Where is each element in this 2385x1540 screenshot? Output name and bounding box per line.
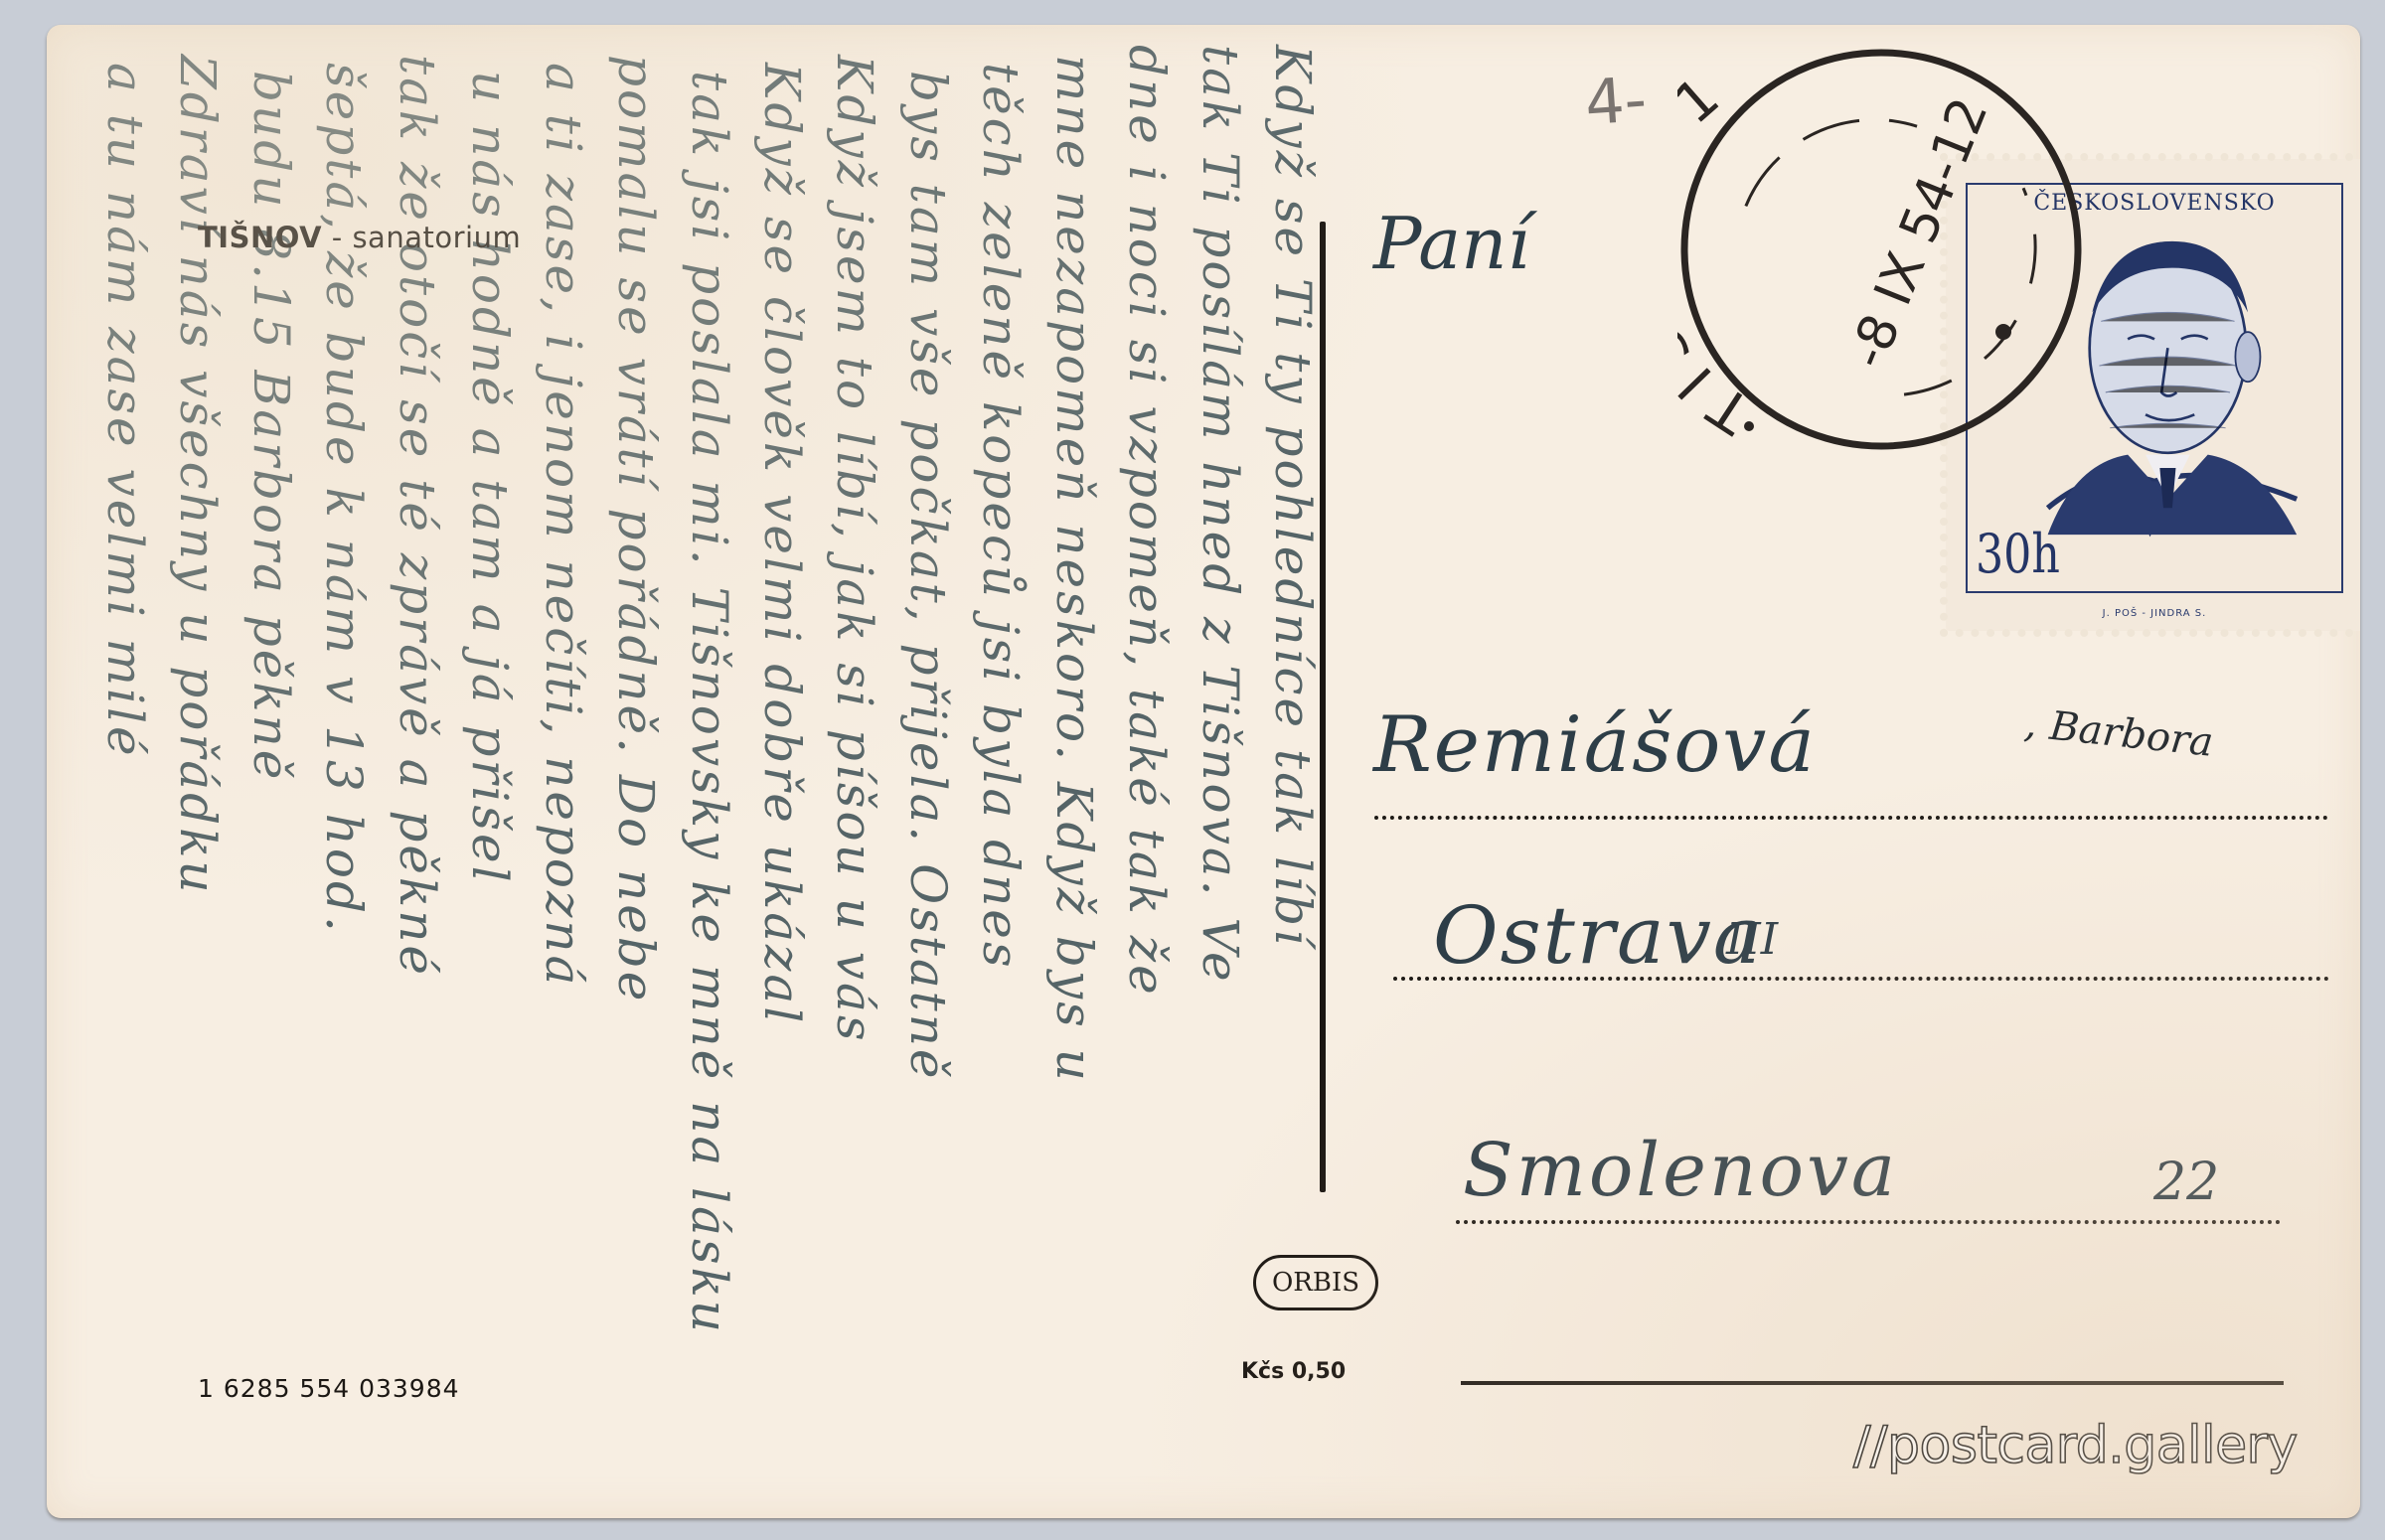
message-column: bys tam vše počkat, přijela. Ostatně <box>899 71 957 1082</box>
postmark: TIŠNOV 1 -8 IX 54-12 <box>1677 44 2085 455</box>
address-line-1 <box>1374 816 2328 820</box>
postcard-caption: TIŠNOV - sanatorium <box>198 221 521 254</box>
postmark-town: TIŠNOV 1 <box>1677 56 1763 445</box>
stamp-engraver: J. POŠ - JINDRA S. <box>1968 608 2341 619</box>
caption-subject: sanatorium <box>352 221 521 254</box>
address-first-name: , Barbora <box>2022 700 2215 766</box>
caption-place: TIŠNOV <box>198 221 322 254</box>
message-column: Zdraví nás všechny u pořádku <box>169 55 227 896</box>
postcard-back: Když se Ti ty pohledníce tak líbítak Ti … <box>47 25 2360 1518</box>
publisher-logo: ORBIS <box>1253 1255 1378 1310</box>
address-city: Ostrava <box>1433 889 1763 982</box>
address-street: Smolenova <box>1463 1128 1898 1213</box>
address-number: 22 <box>2153 1153 2219 1212</box>
stamp-value: 30h <box>1976 523 2060 585</box>
message-column: u nás hodně a tam a já přišel <box>461 71 519 885</box>
message-column: Když jsem to líbí, jak si píšou u vás <box>826 55 883 1043</box>
caption-separator: - <box>322 221 352 254</box>
message-column: pomalu se vrátí pořádně. Do nebe <box>607 55 665 1003</box>
center-divider-line <box>1320 222 1326 1192</box>
message-column: dne i noci si vzpomeň, také tak že <box>1118 45 1176 998</box>
message-column: Když se Ti ty pohledníce tak líbí <box>1264 45 1322 948</box>
postmark-date: -8 IX 54-12 <box>1837 89 1999 377</box>
svg-text:TIŠNOV 1: TIŠNOV 1 <box>1677 56 1763 445</box>
address-line-2 <box>1393 977 2329 981</box>
message-column: Když se člověk velmi dobře ukázal <box>753 63 811 1025</box>
price-label: Kčs 0,50 <box>1241 1359 1346 1384</box>
address-line-4 <box>1461 1381 2284 1385</box>
address-line-3 <box>1456 1220 2281 1224</box>
serial-number: 1 6285 554 033984 <box>198 1374 460 1403</box>
message-column: a ti zase, i jenom nečíti, nepozná <box>535 63 592 988</box>
message-column: tak jsi poslala mi. Tišnovsky ke mně na … <box>681 71 738 1335</box>
address-name: Remiášová <box>1373 700 1817 790</box>
message-column: mne nezapomeň neskoro. Když bys u <box>1045 55 1103 1084</box>
address-district: III <box>1726 914 1778 965</box>
message-column: budu 8.15 Barbora pěkně <box>242 71 300 782</box>
address-salutation: Paní <box>1373 202 1530 285</box>
watermark: //postcard.gallery <box>1853 1416 2298 1475</box>
message-column: těch zeleně kopeců jsi byla dnes <box>972 63 1030 971</box>
message-column: tak že otočí se té zprávě a pěkné <box>389 55 446 978</box>
pencil-note: 4- <box>1583 63 1650 139</box>
message-column: tak Ti posílám hned z Tišnova. Ve <box>1192 45 1249 985</box>
message-column: šeptá, že bude k nám v 13 hod. <box>315 63 373 935</box>
message-column: a tu nám zase velmi milé <box>96 63 154 759</box>
